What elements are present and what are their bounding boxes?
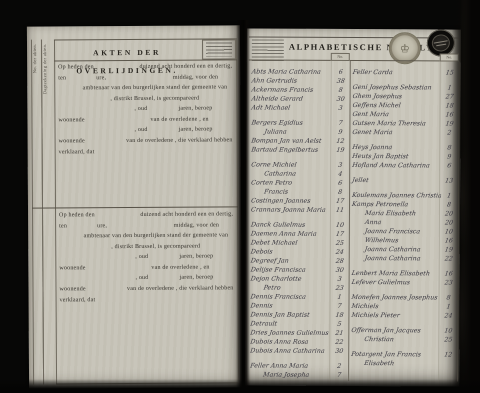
printed-text: verklaard, dat [60,297,96,303]
printed-text: van de overledene , die verklaard hebben [126,137,232,144]
printed-text: duizend acht honderd een en dertig, [140,211,233,218]
death-act-form-block: Op heden denduizend acht honderd een en … [58,63,233,160]
fine-print-lines [206,42,232,56]
printed-text: , oud [135,127,148,133]
printed-text: ten [58,75,66,81]
printed-text: jaren, beroep [179,254,213,260]
left-page: No. der akten. Dagteekening der akten. A… [27,25,242,388]
printed-text: woonende [59,286,85,292]
margin-column-label: Dagteekening der akten. [42,43,54,94]
right-page: ALPHABETISCHE NAAMLYST. ♔ No. No. Abts M… [245,28,461,386]
printed-text: woonende [59,138,85,144]
book-gutter-shadow [236,20,250,393]
fine-print-box [202,39,236,59]
printed-text: , distrikt Brussel, is gecompareerd [111,243,200,250]
printed-text: , oud [135,275,148,281]
form-line: verklaard, dat [60,296,234,308]
printed-text: van de overledene , en [151,264,209,270]
printed-text: , oud [134,106,147,112]
list-item: Jellet 13 [350,173,458,183]
printed-text: ambtenaar van den burgerlijken stand der… [83,84,228,91]
printed-text: middag, voor den [173,74,218,80]
number-column-header: No. [331,53,350,61]
torn-page-edge [452,0,480,393]
form-line: woonendevan de overledene , die verklaar… [59,285,233,297]
name-list-column-right: Feller Carda 15 Geni Josephus Sebastian … [349,65,459,381]
printed-text: ambtenaar van den burgerlijken stand der… [84,232,229,239]
printed-text: woonende [58,117,84,123]
printed-text: van de overledene , en [150,116,208,122]
printed-text: woonende [59,265,85,271]
printed-text: ure, [96,75,106,81]
crown-icon: ♔ [400,42,410,55]
form-line: verklaard, dat [59,148,233,160]
printed-text: ten [59,223,67,229]
fine-print-lines [252,39,284,61]
printed-text: jaren, beroep [178,106,212,112]
death-act-form-block: Op heden denduizend acht honderd een en … [59,211,234,308]
printed-text: van de overledene , die verklaard hebben [127,285,233,292]
printed-text: middag, voor den [174,222,219,228]
printed-text: Op heden den [59,212,95,218]
printed-text: jaren, beroep [179,127,213,133]
printed-text: verklaard, dat [59,149,95,155]
left-page-header: AKTEN DER OVERLIJDINGEN. [54,42,200,61]
printed-text: ure, [97,223,107,229]
scanned-register-photo: No. der akten. Dagteekening der akten. A… [0,0,480,393]
margin-column-label: No. der akten. [32,44,41,74]
name-list-column-left: Abts Maria Catharina 6 Ahn Gertrudis 38 … [248,64,350,380]
scan-bottom-shadow [0,379,480,393]
printed-text: jaren, beroep [179,275,213,281]
printed-text: Op heden den [58,64,94,70]
printed-text: , distrikt Brussel, is gecompareerd [110,95,199,102]
printed-text: duizend acht honderd een en dertig, [139,63,232,70]
printed-text: , oud [135,254,148,260]
form-line: woonendevan de overledene , die verklaar… [59,137,233,149]
list-item: Feller Carda 15 [351,65,459,75]
right-page-title: ALPHABETISCHE NAAMLYST. [289,42,395,53]
